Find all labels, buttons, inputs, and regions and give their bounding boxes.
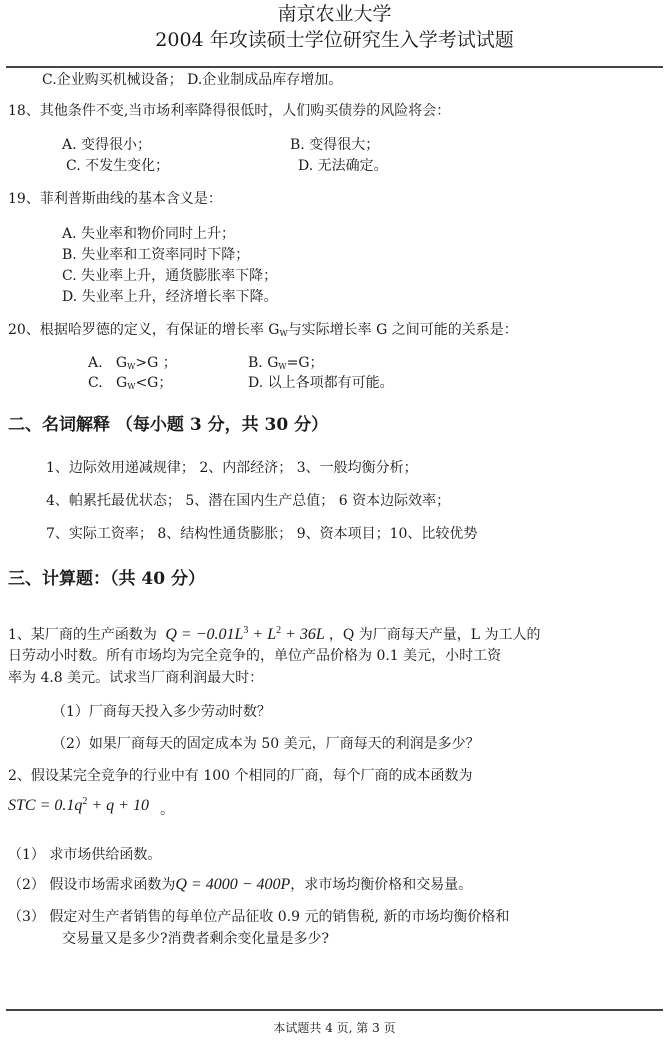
calc-q1-line2: 日劳动小时数。所有市场均为完全竞争的，单位产品价格为 0.1 美元，小时工资	[8, 647, 501, 665]
q19-option-c: C. 失业率上升，通货膨胀率下降；	[62, 267, 277, 285]
production-function-formula: Q = −0.01L3 + L2 + 36L	[165, 626, 324, 643]
q20-stem: 20、根据哈罗德的定义，有保证的增长率 GW与实际增长率 G 之间可能的关系是：	[8, 321, 518, 343]
calc-q1-line3: 率为 4.8 美元。试求当厂商利润最大时：	[8, 669, 263, 687]
q20-option-a: A. GW>G ；	[88, 354, 177, 376]
q20-option-a-label: A.	[88, 355, 103, 371]
q20-stem-post: 与实际增长率 G 之间可能的关系是：	[288, 322, 518, 338]
calc-q2-cost-function: STC = 0.1q2 + q + 10 。	[8, 795, 174, 815]
q20-option-b-post: =G；	[287, 355, 324, 371]
footer-divider	[6, 1009, 663, 1011]
calc-q2-sub2-post: ，求市场均衡价格和交易量。	[290, 877, 472, 893]
demand-function-formula: Q = 4000 − 400P	[175, 876, 290, 893]
section2-heading: 二、名词解释 （每小题 3 分，共 30 分）	[8, 414, 328, 436]
calc-q1-sub1: （1）厂商每天投入多少劳动时数？	[52, 703, 271, 721]
q18-option-d: D. 无法确定。	[298, 157, 388, 175]
university-title: 南京农业大学	[0, 2, 669, 26]
q20-option-b-label: B.	[248, 355, 263, 371]
q18-option-b: B. 变得很大；	[290, 136, 379, 154]
exam-title: 2004 年攻读硕士学位研究生入学考试试题	[0, 28, 669, 52]
q17-options: C.企业购买机械设备； D.企业制成品库存增加。	[42, 71, 342, 89]
cost-function-formula: STC = 0.1q2 + q + 10	[8, 797, 149, 814]
calc-q2-sub2: （2） 假设市场需求函数为Q = 4000 − 400P，求市场均衡价格和交易量…	[8, 876, 472, 894]
q19-option-d: D. 失业率上升，经济增长率下降。	[62, 288, 278, 306]
cost-function-period: 。	[160, 802, 174, 818]
q19-option-b: B. 失业率和工资率同时下降；	[62, 246, 249, 264]
calc-q1-intro-post: ，Q 为厂商每天产量，L 为工人的	[329, 627, 541, 643]
q19-stem: 19、菲利普斯曲线的基本含义是：	[8, 190, 222, 208]
q20-option-c-label: C.	[88, 375, 103, 391]
q20-option-b: B. GW=G；	[248, 354, 324, 376]
calc-q2-sub2-pre: （2） 假设市场需求函数为	[8, 877, 175, 893]
q20-stem-pre: 20、根据哈罗德的定义，有保证的增长率 G	[8, 322, 279, 338]
q18-stem: 18、其他条件不变,当市场利率降得很低时，人们购买债券的风险将会：	[8, 102, 450, 120]
calc-q2-line1: 2、假设某完全竞争的行业中有 100 个相同的厂商，每个厂商的成本函数为	[8, 767, 473, 785]
calc-q2-sub3-line2: 交易量又是多少?消费者剩余变化量是多少?	[62, 930, 329, 948]
q20-option-b-pre: G	[267, 355, 278, 371]
section3-heading: 三、计算题：（共 40 分）	[8, 568, 205, 590]
q20-option-c-pre: G	[116, 375, 127, 391]
page-footer: 本试题共 4 页, 第 3 页	[0, 1020, 669, 1036]
calc-q1-intro: 1、某厂商的生产函数为	[8, 627, 157, 643]
section2-terms-row1: 1、边际效用递减规律； 2、内部经济； 3、一般均衡分析；	[46, 459, 418, 477]
calc-q2-sub1: （1） 求市场供给函数。	[8, 846, 161, 864]
q20-option-c: C. GW<G；	[88, 374, 172, 396]
calc-q1-line1: 1、某厂商的生产函数为 Q = −0.01L3 + L2 + 36L，Q 为厂商…	[8, 622, 541, 644]
section2-terms-row3: 7、实际工资率； 8、结构性通货膨胀； 9、资本项目；10、比较优势	[46, 525, 477, 543]
section2-terms-row2: 4、帕累托最优状态； 5、潜在国内生产总值； 6 资本边际效率；	[46, 492, 450, 510]
q20-stem-sub: W	[279, 329, 287, 338]
q20-option-a-pre: G	[116, 355, 127, 371]
q18-option-a: A. 变得很小；	[62, 136, 151, 154]
calc-q2-sub3-line1: （3） 假定对生产者销售的每单位产品征收 0.9 元的销售税, 新的市场均衡价格…	[8, 908, 509, 926]
calc-q1-sub2: （2）如果厂商每天的固定成本为 50 美元，厂商每天的利润是多少？	[52, 735, 480, 753]
q20-option-b-sub: W	[278, 362, 286, 371]
q20-option-c-post: <G；	[135, 375, 172, 391]
q19-option-a: A. 失业率和物价同时上升；	[62, 225, 235, 243]
q18-option-c: C. 不发生变化；	[66, 157, 169, 175]
q20-option-d: D. 以上各项都有可能。	[248, 374, 394, 392]
q20-option-a-post: >G ；	[135, 355, 176, 371]
header-divider	[6, 66, 663, 68]
